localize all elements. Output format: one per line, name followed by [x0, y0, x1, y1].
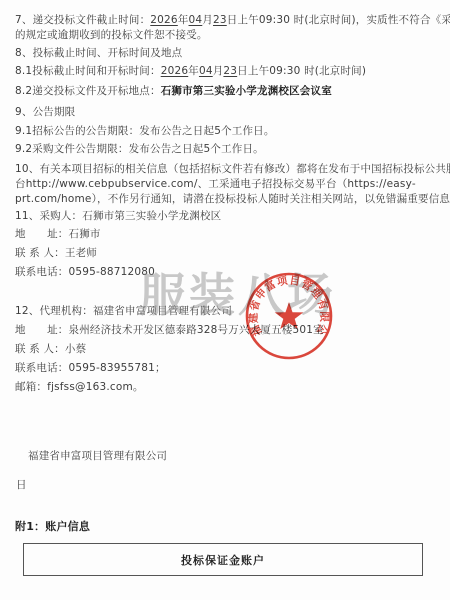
- item10-line1: 10、有关本项目招标的相关信息（包括招标文件若有修改）都将在发布于中国招标投标公…: [15, 162, 450, 176]
- purchaser-phone: 联系电话：0595-88712080: [15, 265, 155, 279]
- item8-heading: 8、投标截止时间、开标时间及地点: [15, 46, 182, 60]
- opening-time-year: 2026: [161, 65, 189, 77]
- submission-deadline-year: 2026: [150, 14, 178, 26]
- agency-heading: 12、代理机构：福建省申富项目管理有限公司: [15, 304, 232, 318]
- submission-deadline-month: 04: [189, 14, 203, 26]
- agency-email: 邮箱：fjsfss@163.com。: [15, 380, 144, 394]
- deposit-account-title: 投标保证金账户: [181, 552, 265, 568]
- item7-line2: 的规定或逾期收到的投标文件恕不接受。: [15, 28, 208, 42]
- item7-rest: 日上午09:30 时(北京时间)，实质性不符合《采购文件》: [227, 14, 450, 26]
- opening-location: 石狮市第三实验小学龙渊校区会议室: [161, 85, 332, 97]
- item8-1-prefix: 8.1投标截止时间和开标时间：: [15, 65, 161, 77]
- item9-heading: 9、公告期限: [15, 105, 75, 119]
- seal-star-icon: [275, 302, 304, 329]
- seal-company-text: 福建省申富项目管理有限公司: [243, 270, 331, 339]
- month-label: 月: [202, 14, 213, 26]
- document-page: 7、递交投标文件截止时间：2026年04月23日上午09:30 时(北京时间)，…: [0, 0, 450, 600]
- item9-1-line: 9.1招标公告的公告期限：发布公告之日起5个工作日。: [15, 124, 275, 138]
- deposit-account-box: 投标保证金账户: [23, 543, 423, 576]
- attachment-heading: 附1：账户信息: [15, 520, 90, 534]
- item10-line3: prt.com/home），不作另行通知，请潜在投标投标人随时关注相关网站，以免…: [15, 192, 450, 206]
- item8-1-line: 8.1投标截止时间和开标时间：2026年04月23日上午09:30 时(北京时间…: [15, 64, 366, 78]
- opening-time-month: 04: [199, 65, 213, 77]
- agency-contact: 联 系 人：小蔡: [15, 342, 86, 356]
- item9-2-line: 9.2采购文件公告期限：发布公告之日起5个工作日。: [15, 142, 264, 156]
- opening-time-day: 23: [223, 65, 237, 77]
- item8-2-line: 8.2递交投标文件及开标地点：石狮市第三实验小学龙渊校区会议室: [15, 84, 332, 98]
- signature-date-suffix: 日: [16, 478, 27, 492]
- item7-line1: 7、递交投标文件截止时间：2026年04月23日上午09:30 时(北京时间)，…: [15, 13, 450, 27]
- purchaser-contact: 联 系 人：王老师: [15, 246, 97, 260]
- agency-phone: 联系电话：0595-83955781；: [15, 361, 166, 375]
- item8-1-rest: 日上午09:30 时(北京时间): [237, 65, 366, 77]
- item7-prefix: 7、递交投标文件截止时间：: [15, 14, 150, 26]
- signature-company: 福建省申富项目管理有限公司: [28, 449, 167, 463]
- purchaser-heading: 11、采购人：石狮市第三实验小学龙渊校区: [15, 209, 221, 223]
- year-label: 年: [178, 14, 189, 26]
- company-seal: 福建省申富项目管理有限公司: [243, 270, 335, 362]
- submission-deadline-day: 23: [213, 14, 227, 26]
- item10-line2: 台http://www.cebpubservice.com/、工采通电子招投标交…: [15, 177, 416, 191]
- month-label: 月: [213, 65, 224, 77]
- item8-2-prefix: 8.2递交投标文件及开标地点：: [15, 85, 161, 97]
- purchaser-address: 地 址：石狮市: [15, 227, 101, 241]
- year-label: 年: [188, 65, 199, 77]
